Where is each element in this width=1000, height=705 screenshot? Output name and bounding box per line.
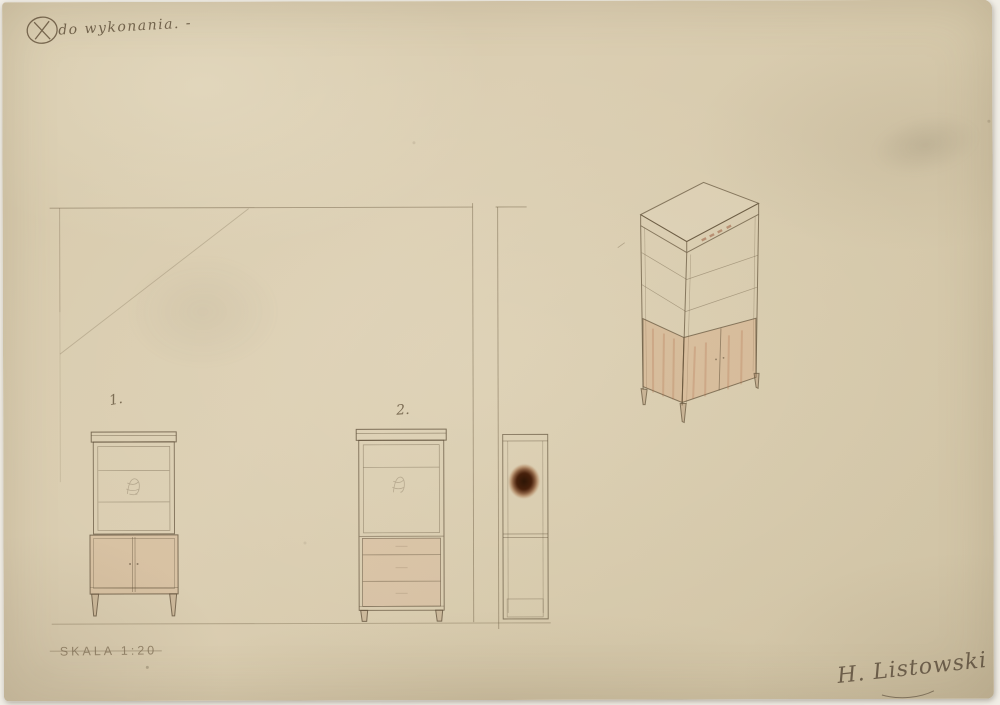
shelf-ornament-sketch <box>126 479 139 495</box>
approval-mark-icon <box>25 15 58 45</box>
scale-label: SKALA 1:20 <box>60 643 158 658</box>
scanned-drawing-page: do wykonania. - 1. 2. SKALA 1:20 H. List… <box>0 0 1000 705</box>
cabinet-1-front-elevation <box>90 432 178 616</box>
pencil-drawing <box>2 0 994 701</box>
signature-flourish <box>882 691 934 698</box>
view-2-label: 2. <box>396 402 410 419</box>
pencil-tick <box>618 243 625 248</box>
shelf-ornament-sketch <box>392 477 404 492</box>
view-1-label: 1. <box>108 391 124 409</box>
cabinet-isometric-view <box>618 182 760 422</box>
paper: do wykonania. - 1. 2. SKALA 1:20 H. List… <box>2 0 994 701</box>
cabinet-2-front-elevation <box>356 429 447 621</box>
